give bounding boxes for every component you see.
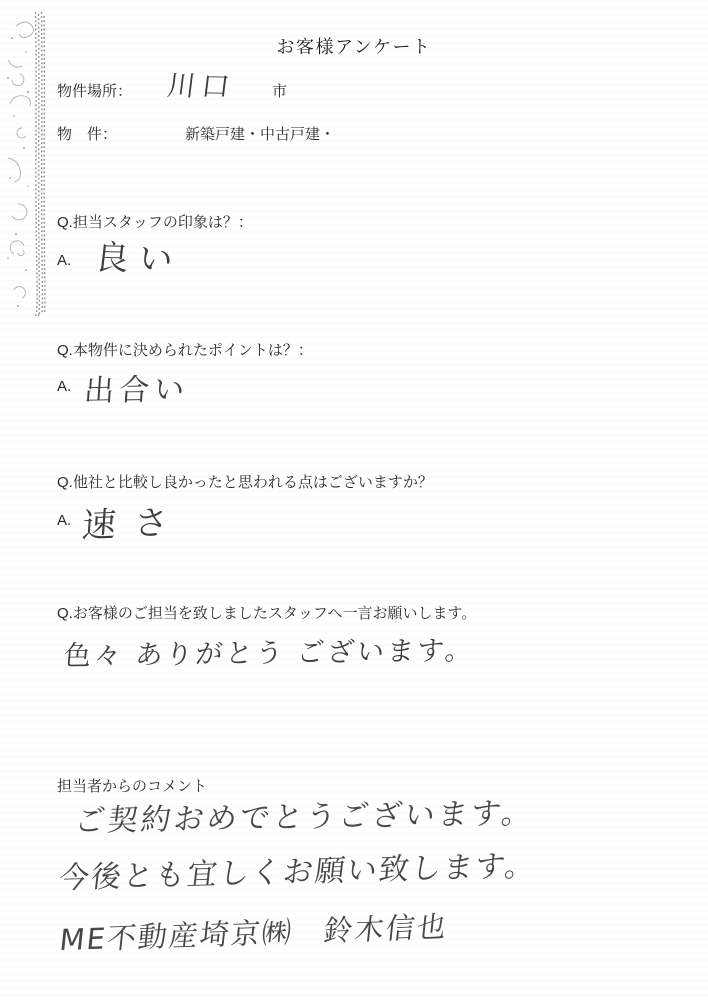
question-2-label: Q.本物件に決められたポイントは？： — [57, 339, 313, 360]
location-city-suffix: 市 — [272, 80, 287, 101]
location-field-label: 物件場所： — [57, 80, 132, 101]
scanned-questionnaire-page: お客様アンケート 物件場所： 川口 市 物 件： 新築戸建・中古戸建・ Q.担当… — [0, 0, 708, 1000]
answer-3-handwritten: 速さ — [81, 494, 188, 547]
staff-comment-line-1: ご契約おめでとうございます。 — [73, 788, 538, 840]
answer-1-prefix: A. — [57, 252, 71, 269]
answer-4-handwritten: 色々 ありがとう ございます。 — [62, 628, 477, 673]
question-4-label: Q.お客様のご担当を致しましたスタッフへ一言お願いします。 — [57, 602, 476, 623]
staff-comment-line-2: 今後とも宜しくお願い致します。 — [57, 840, 539, 897]
answer-3-prefix: A. — [57, 512, 71, 529]
page-title: お客様アンケート — [0, 33, 708, 59]
question-3-label: Q.他社と比較し良かったと思われる点はございますか？ — [57, 471, 433, 492]
location-handwritten-value: 川口 — [165, 64, 238, 105]
answer-2-prefix: A. — [57, 378, 71, 395]
answer-2-handwritten: 出合い — [83, 364, 191, 410]
staff-signature-handwritten: ME不動産埼京㈱ 鈴木信也 — [58, 904, 450, 959]
question-1-label: Q.担当スタッフの印象は？： — [57, 211, 253, 232]
staff-comment-label: 担当者からのコメント — [57, 775, 207, 796]
property-field-label: 物 件： — [57, 123, 117, 144]
answer-1-handwritten: 良い — [92, 230, 186, 281]
property-type-options: 新築戸建・中古戸建・ — [185, 123, 335, 144]
